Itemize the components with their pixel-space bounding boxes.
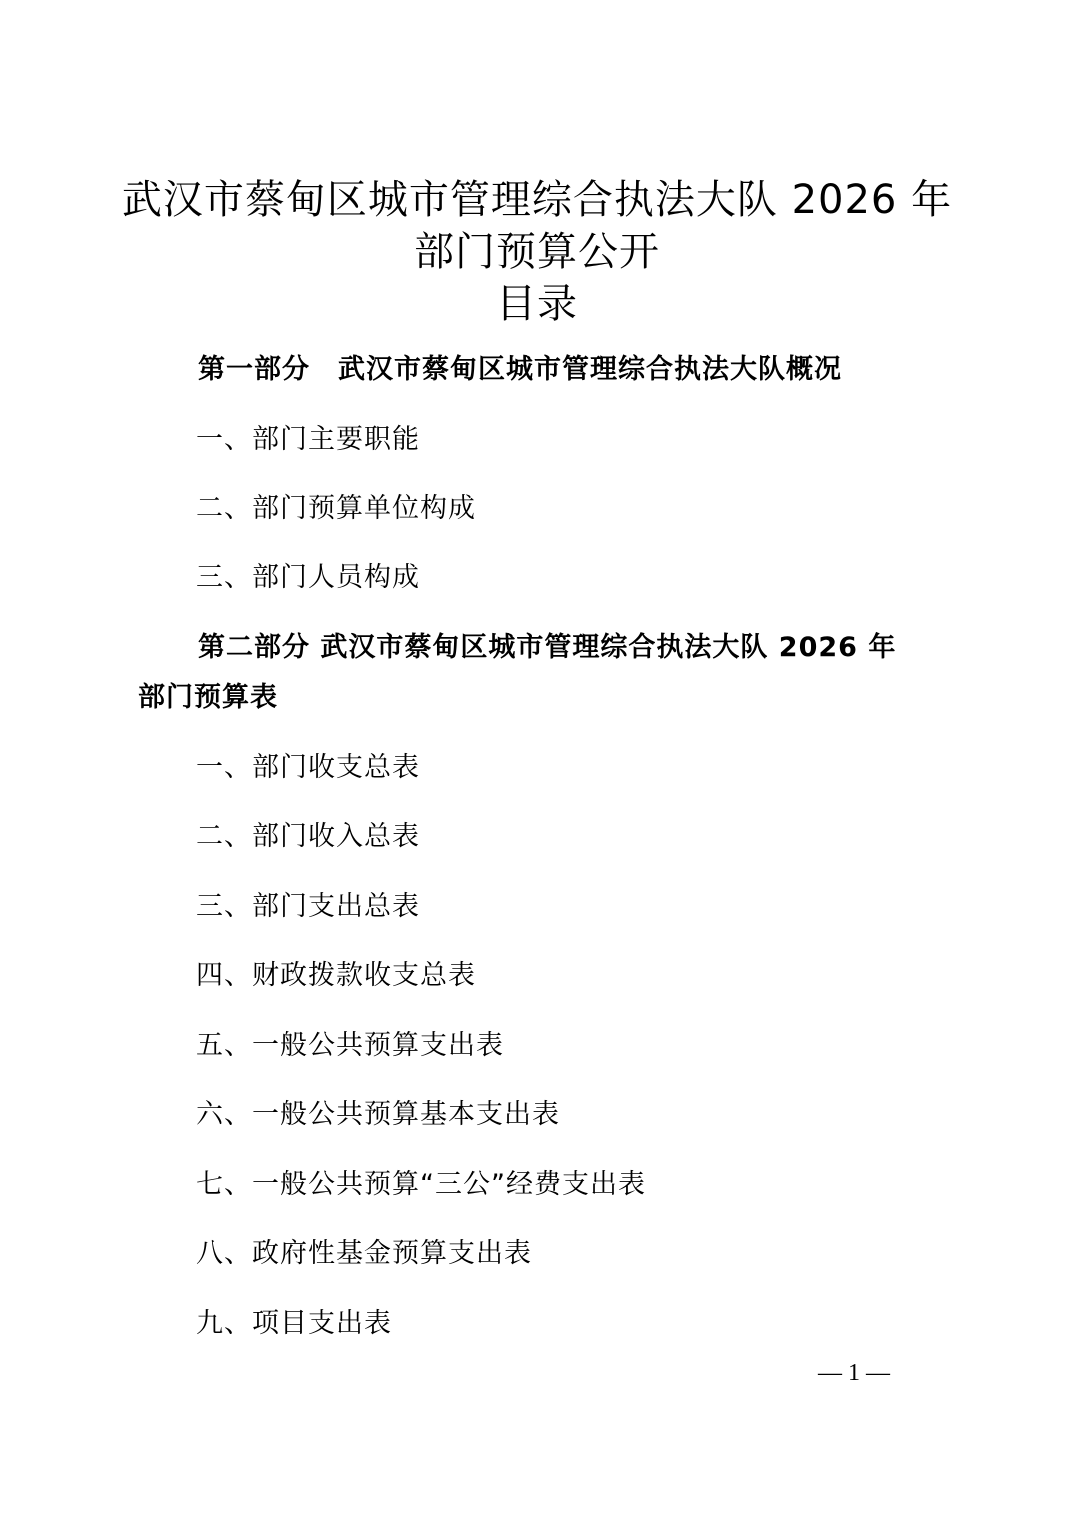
toc-item: 三、部门人员构成 xyxy=(196,561,420,595)
part1-heading: 第一部分 武汉市蔡甸区城市管理综合执法大队概况 xyxy=(198,353,842,387)
toc-item: 四、财政拨款收支总表 xyxy=(196,959,476,993)
toc-item: 八、政府性基金预算支出表 xyxy=(196,1237,532,1271)
part2-heading-line2: 部门预算表 xyxy=(138,681,278,715)
toc-item: 二、部门收入总表 xyxy=(196,820,420,854)
toc-item: 一、部门收支总表 xyxy=(196,751,420,785)
part2-heading-line1: 第二部分 武汉市蔡甸区城市管理综合执法大队 2026 年 xyxy=(198,631,896,665)
toc-item: 一、部门主要职能 xyxy=(196,423,420,457)
toc-item: 五、一般公共预算支出表 xyxy=(196,1029,504,1063)
toc-item: 二、部门预算单位构成 xyxy=(196,492,476,526)
toc-item: 三、部门支出总表 xyxy=(196,890,420,924)
page-number: — 1 — xyxy=(818,1360,890,1387)
toc-item: 九、项目支出表 xyxy=(196,1307,392,1341)
toc-item: 六、一般公共预算基本支出表 xyxy=(196,1098,560,1132)
document-title-line2: 部门预算公开 xyxy=(0,228,1074,276)
toc-item: 七、一般公共预算“三公”经费支出表 xyxy=(196,1168,646,1202)
document-title-line1: 武汉市蔡甸区城市管理综合执法大队 2026 年 xyxy=(0,176,1074,224)
toc-heading: 目录 xyxy=(0,280,1074,328)
